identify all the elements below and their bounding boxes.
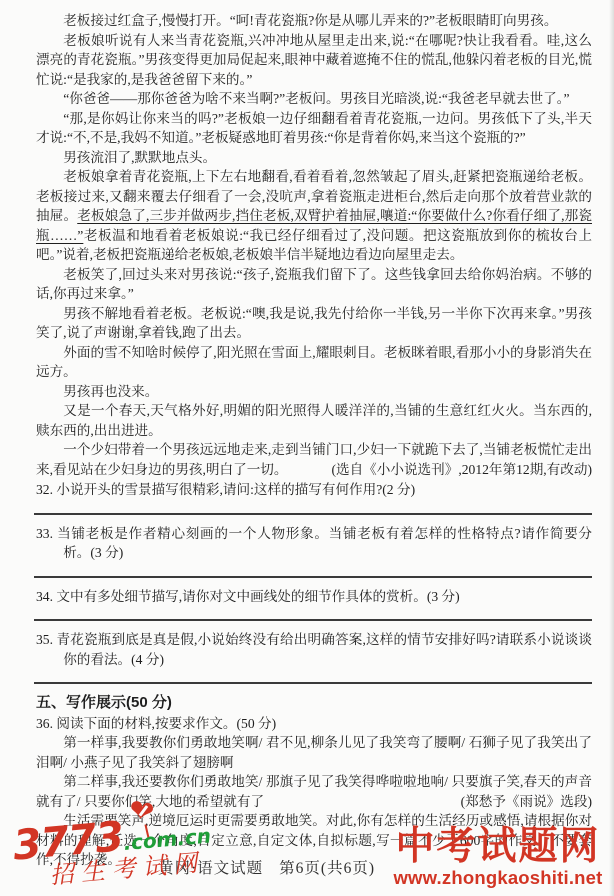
question-34: 34. 文中有多处细节描写,请你对文中画线处的细节作具体的赏析。(3 分) (36, 587, 592, 607)
story-paragraph-3: “你爸爸——那你爸爸为啥不来当啊?”老板问。男孩目光暗淡,说:“我爸老早就去世了… (36, 89, 592, 109)
answer-line-1 (34, 513, 592, 515)
watermark-right-url: www.zhongkaoshiti.net (384, 868, 612, 888)
question-35: 35. 青花瓷瓶到底是真是假,小说始终没有给出明确答案,这样的情节安排好吗?请联… (36, 630, 592, 669)
answer-line-3 (34, 619, 592, 621)
story-paragraph-5: 男孩流泪了,默默地点头。 (36, 148, 592, 168)
story-paragraph-6: 老板娘拿着青花瓷瓶,上下左右地翻看,看着看着,忽然皱起了眉头,赶紧把瓷瓶递给老板… (36, 167, 592, 265)
exam-content: 老板接过红盒子,慢慢打开。“呵!青花瓷瓶?你是从哪儿弄来的?”老板眼睛盯向男孩。… (0, 0, 614, 870)
material-attribution: (郑愁予《雨说》选段) (433, 792, 592, 812)
section-5-heading: 五、写作展示(50 分) (36, 693, 592, 713)
answer-line-2 (34, 576, 592, 578)
watermark-zhongkaoshiti: 中考试题网 www.zhongkaoshiti.net (384, 826, 612, 888)
material-stanza-2: 第二样事,我还要教你们勇敢地笑/ 那旗子见了我笑得哗啦啦地响/ 只要旗子笑,春天… (36, 772, 592, 811)
source-attribution: (选自《小小说选刊》,2012年第12期,有改动) (304, 460, 592, 480)
story-paragraph-2: 老板娘听说有人来当青花瓷瓶,兴冲冲地从屋里走出来,说:“在哪呢?快让我看看。哇,… (36, 31, 592, 90)
scan-edge-shadow (609, 0, 614, 896)
story-paragraph-8: 男孩不解地看着老板。老板说:“噢,我是说,我先付给你一半钱,另一半你下次再来拿。… (36, 304, 592, 343)
paragraph-6-after: 老板温和地看着老板娘说:“我已经仔细看过了,没问题。把这瓷瓶放到你的梳妆台上吧。… (36, 228, 592, 263)
story-paragraph-10: 男孩再也没来。 (36, 382, 592, 402)
question-36-intro: 36. 阅读下面的材料,按要求作文。(50 分) (36, 714, 592, 734)
question-32: 32. 小说开头的雪景描写很精彩,请问:这样的描写有何作用?(2 分) (36, 480, 592, 500)
story-paragraph-11: 又是一个春天,天气格外好,明媚的阳光照得人暖洋洋的,当铺的生意红红火火。当东西的… (36, 401, 592, 440)
story-paragraph-1: 老板接过红盒子,慢慢打开。“呵!青花瓷瓶?你是从哪儿弄来的?”老板眼睛盯向男孩。 (36, 11, 592, 31)
page-number: 第6页(共6页) (279, 860, 375, 877)
answer-line-4 (34, 682, 592, 684)
question-33: 33. 当铺老板是作者精心刻画的一个人物形象。当铺老板有着怎样的性格特点?请作简… (36, 524, 592, 563)
heart-balloon-icon: ❤ (127, 796, 157, 830)
material-stanza-1: 第一样事,我要教你们勇敢地笑啊/ 君不见,柳条儿见了我笑弯了腰啊/ 石狮子见了我… (36, 733, 592, 772)
watermark-3773: ❤ 3773.com.cn 招生考试网 (12, 810, 215, 893)
story-paragraph-12: 一个少妇带着一个男孩远远地走来,走到当铺门口,少妇一下就跪下去了,当铺老板慌忙走… (36, 440, 592, 479)
story-paragraph-7: 老板笑了,回过头来对男孩说:“孩子,瓷瓶我们留下了。这些钱拿回去给你妈治病。不够… (36, 265, 592, 304)
story-paragraph-4: “那,是你妈让你来当的吗?”老板娘一边仔细翻看着青花瓷瓶,一边问。男孩低下了头,… (36, 109, 592, 148)
watermark-right-title: 中考试题网 (384, 826, 612, 868)
exam-page-scan: 老板接过红盒子,慢慢打开。“呵!青花瓷瓶?你是从哪儿弄来的?”老板眼睛盯向男孩。… (0, 0, 614, 896)
story-paragraph-9: 外面的雪不知啥时候停了,阳光照在雪面上,耀眼刺目。老板眯着眼,看那小小的身影消失… (36, 343, 592, 382)
